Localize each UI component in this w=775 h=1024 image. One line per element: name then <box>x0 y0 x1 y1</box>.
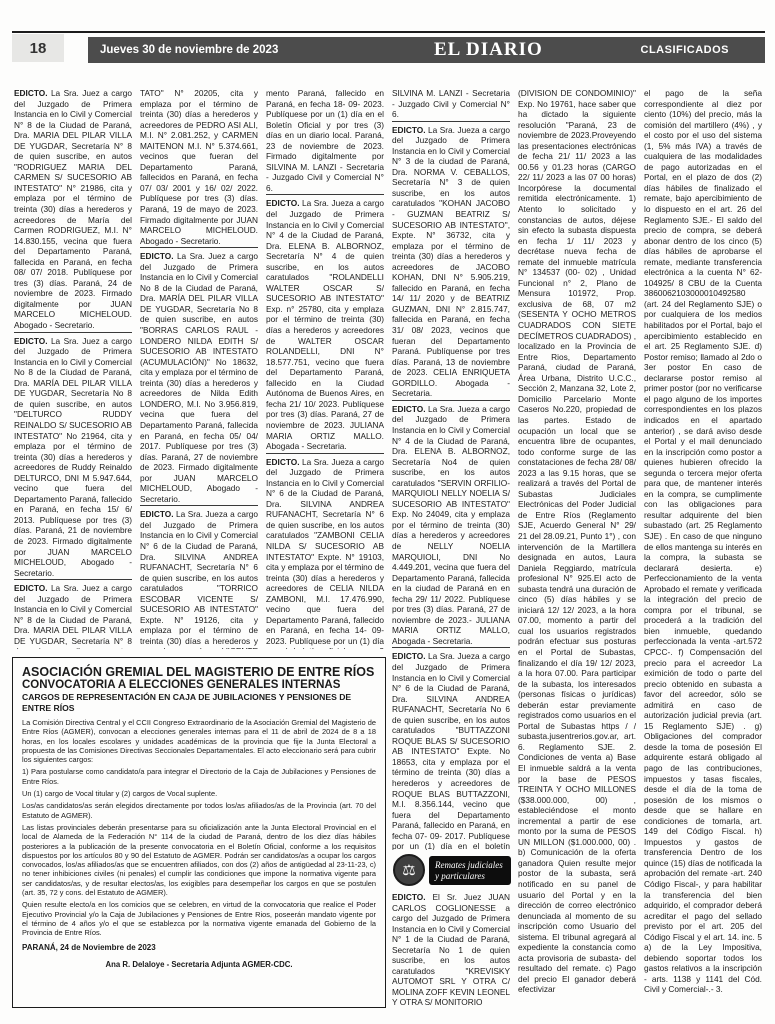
edicto-body: El Sr. Juez JUAN CARLOS COGLIONESSE a ca… <box>392 892 510 1007</box>
edicto-body: La Sra. Jueza a cargo del Juzgado de Pri… <box>140 509 258 649</box>
ad-paragraph: Quien resulte electo/a en los comicios q… <box>22 900 376 937</box>
page-number: 18 <box>30 40 47 57</box>
edicto-notice: SILVINA M. LANZI - Secretaria - Juzgado … <box>392 88 510 122</box>
header-rule <box>12 31 765 33</box>
edicto-lead: EDICTO. <box>266 198 300 208</box>
edicto-body: La Sra. Juez a cargo del Juzgado de Prim… <box>140 251 258 504</box>
edicto-body: La Sra. Juez a cargo del Juzgado de Prim… <box>14 583 132 649</box>
ad-paragraph: Un (1) cargo de Vocal titular y (2) carg… <box>22 789 376 798</box>
remates-label: Remates judiciales y particulares <box>429 856 511 885</box>
ad-subheading: CARGOS DE REPRESENTACIÓN EN CAJA DE JUBI… <box>22 692 376 714</box>
masthead: EL DIARIO <box>434 37 543 63</box>
remate-body: el pago de la seña correspondiente al di… <box>644 88 762 994</box>
remates-label-line2: y particulares <box>435 871 511 882</box>
edicto-lead: EDICTO. <box>140 509 174 519</box>
ad-dateline: PARANÁ, 24 de Noviembre de 2023 <box>22 943 376 952</box>
edicto-body: La Sra. Juez a cargo del Juzgado de Prim… <box>14 88 132 330</box>
ad-paragraph: Las listas provinciales deberán presenta… <box>22 823 376 897</box>
edicto-notice: EDICTO. La Sra. Juez a cargo del Juzgado… <box>14 336 132 581</box>
ad-paragraph: 1) Para postularse como candidato/a para… <box>22 767 376 786</box>
edicto-lead: EDICTO. <box>14 336 48 346</box>
column-2: TATO" N° 20205, cita y emplaza por el té… <box>140 88 258 649</box>
edicto-lead: EDICTO. <box>14 583 48 593</box>
header-bar: Jueves 30 de noviembre de 2023 EL DIARIO… <box>88 37 765 63</box>
edicto-lead: EDICTO. <box>392 892 426 902</box>
edicto-lead: EDICTO. <box>266 457 300 467</box>
edicto-body: La Sra. Jueza a cargo del Juzgado de Pri… <box>266 457 384 649</box>
edicto-lead: EDICTO. <box>392 651 426 661</box>
remate-notice: (DIVISION DE CONDOMINIO)" Exp. No 19761,… <box>518 88 636 995</box>
edicto-notice: EDICTO. La Sra. Juez a cargo del Juzgado… <box>14 583 132 649</box>
column-5: (DIVISION DE CONDOMINIO)" Exp. No 19761,… <box>518 88 636 1012</box>
column-4-upper: SILVINA M. LANZI - Secretaria - Juzgado … <box>392 88 510 850</box>
edicto-lead: EDICTO. <box>392 404 426 414</box>
edicto-notice: EDICTO. La Sra. Jueza a cargo del Juzgad… <box>392 125 510 401</box>
ad-title: ASOCIACIÓN GREMIAL DEL MAGISTERIO DE ENT… <box>22 665 376 679</box>
ad-signature: Ana R. Delaloye - Secretaria Adjunta AGM… <box>22 960 376 969</box>
column-4-lower: EDICTO. El Sr. Juez JUAN CARLOS COGLIONE… <box>392 892 510 1016</box>
edicto-body: La Sra. Jueza a cargo del Juzgado de Pri… <box>392 651 510 850</box>
scales-icon: ⚖ <box>393 854 425 886</box>
edicto-lead: EDICTO. <box>392 125 426 135</box>
ad-subtitle: CONVOCATORIA A ELECCIONES GENERALES INTE… <box>22 679 376 692</box>
column-1: EDICTO. La Sra. Juez a cargo del Juzgado… <box>14 88 132 649</box>
edicto-lead: EDICTO. <box>140 251 174 261</box>
edicto-body: TATO" N° 20205, cita y emplaza por el té… <box>140 88 258 246</box>
edicto-notice: TATO" N° 20205, cita y emplaza por el té… <box>140 88 258 248</box>
edicto-notice: EDICTO. El Sr. Juez JUAN CARLOS COGLIONE… <box>392 892 510 1008</box>
edicto-notice: EDICTO. La Sra. Jueza a cargo del Juzgad… <box>140 509 258 649</box>
edicto-body: SILVINA M. LANZI - Secretaria - Juzgado … <box>392 88 510 119</box>
column-3: mento Paraná, fallecido en Paraná, en fe… <box>266 88 384 649</box>
edicto-notice: EDICTO. La Sra. Jueza a cargo del Juzgad… <box>392 651 510 850</box>
column-6: el pago de la seña correspondiente al di… <box>644 88 762 1012</box>
edition-date: Jueves 30 de noviembre de 2023 <box>100 37 278 63</box>
remates-section-header: ⚖ Remates judiciales y particulares <box>392 852 512 888</box>
newspaper-page: 18 Jueves 30 de noviembre de 2023 EL DIA… <box>0 0 775 1024</box>
edicto-notice: mento Paraná, fallecido en Paraná, en fe… <box>266 88 384 195</box>
remate-notice: el pago de la seña correspondiente al di… <box>644 88 762 995</box>
edicto-body: La Sra. Jueza a cargo del Juzgado de Pri… <box>392 404 510 646</box>
edicto-body: La Sra. Juez a cargo del Juzgado de Prim… <box>14 336 132 578</box>
edicto-body: mento Paraná, fallecido en Paraná, en fe… <box>266 88 384 193</box>
edicto-notice: EDICTO. La Sra. Jueza a cargo del Juzgad… <box>266 457 384 649</box>
edicto-notice: EDICTO. La Sra. Juez a cargo del Juzgado… <box>14 88 132 333</box>
edicto-notice: EDICTO. La Sra. Juez a cargo del Juzgado… <box>140 251 258 506</box>
page-number-box: 18 <box>12 34 64 62</box>
edicto-notice: EDICTO. La Sra. Jueza a cargo del Juzgad… <box>266 198 384 453</box>
remates-label-line1: Remates judiciales <box>435 860 511 871</box>
edicto-body: La Sra. Jueza a cargo del Juzgado de Pri… <box>392 125 510 399</box>
edicto-lead: EDICTO. <box>14 88 48 98</box>
agmer-ad-box: ASOCIACIÓN GREMIAL DEL MAGISTERIO DE ENT… <box>12 657 386 1008</box>
remate-body: (DIVISION DE CONDOMINIO)" Exp. No 19761,… <box>518 88 636 994</box>
edicto-body: La Sra. Jueza a cargo del Juzgado de Pri… <box>266 198 384 451</box>
section-title: CLASIFICADOS <box>641 37 730 63</box>
ad-paragraph: Los/as candidatos/as serán elegidos dire… <box>22 801 376 820</box>
edicto-notice: EDICTO. La Sra. Jueza a cargo del Juzgad… <box>392 404 510 649</box>
ad-paragraph: La Comisión Directiva Central y el CCII … <box>22 718 376 764</box>
